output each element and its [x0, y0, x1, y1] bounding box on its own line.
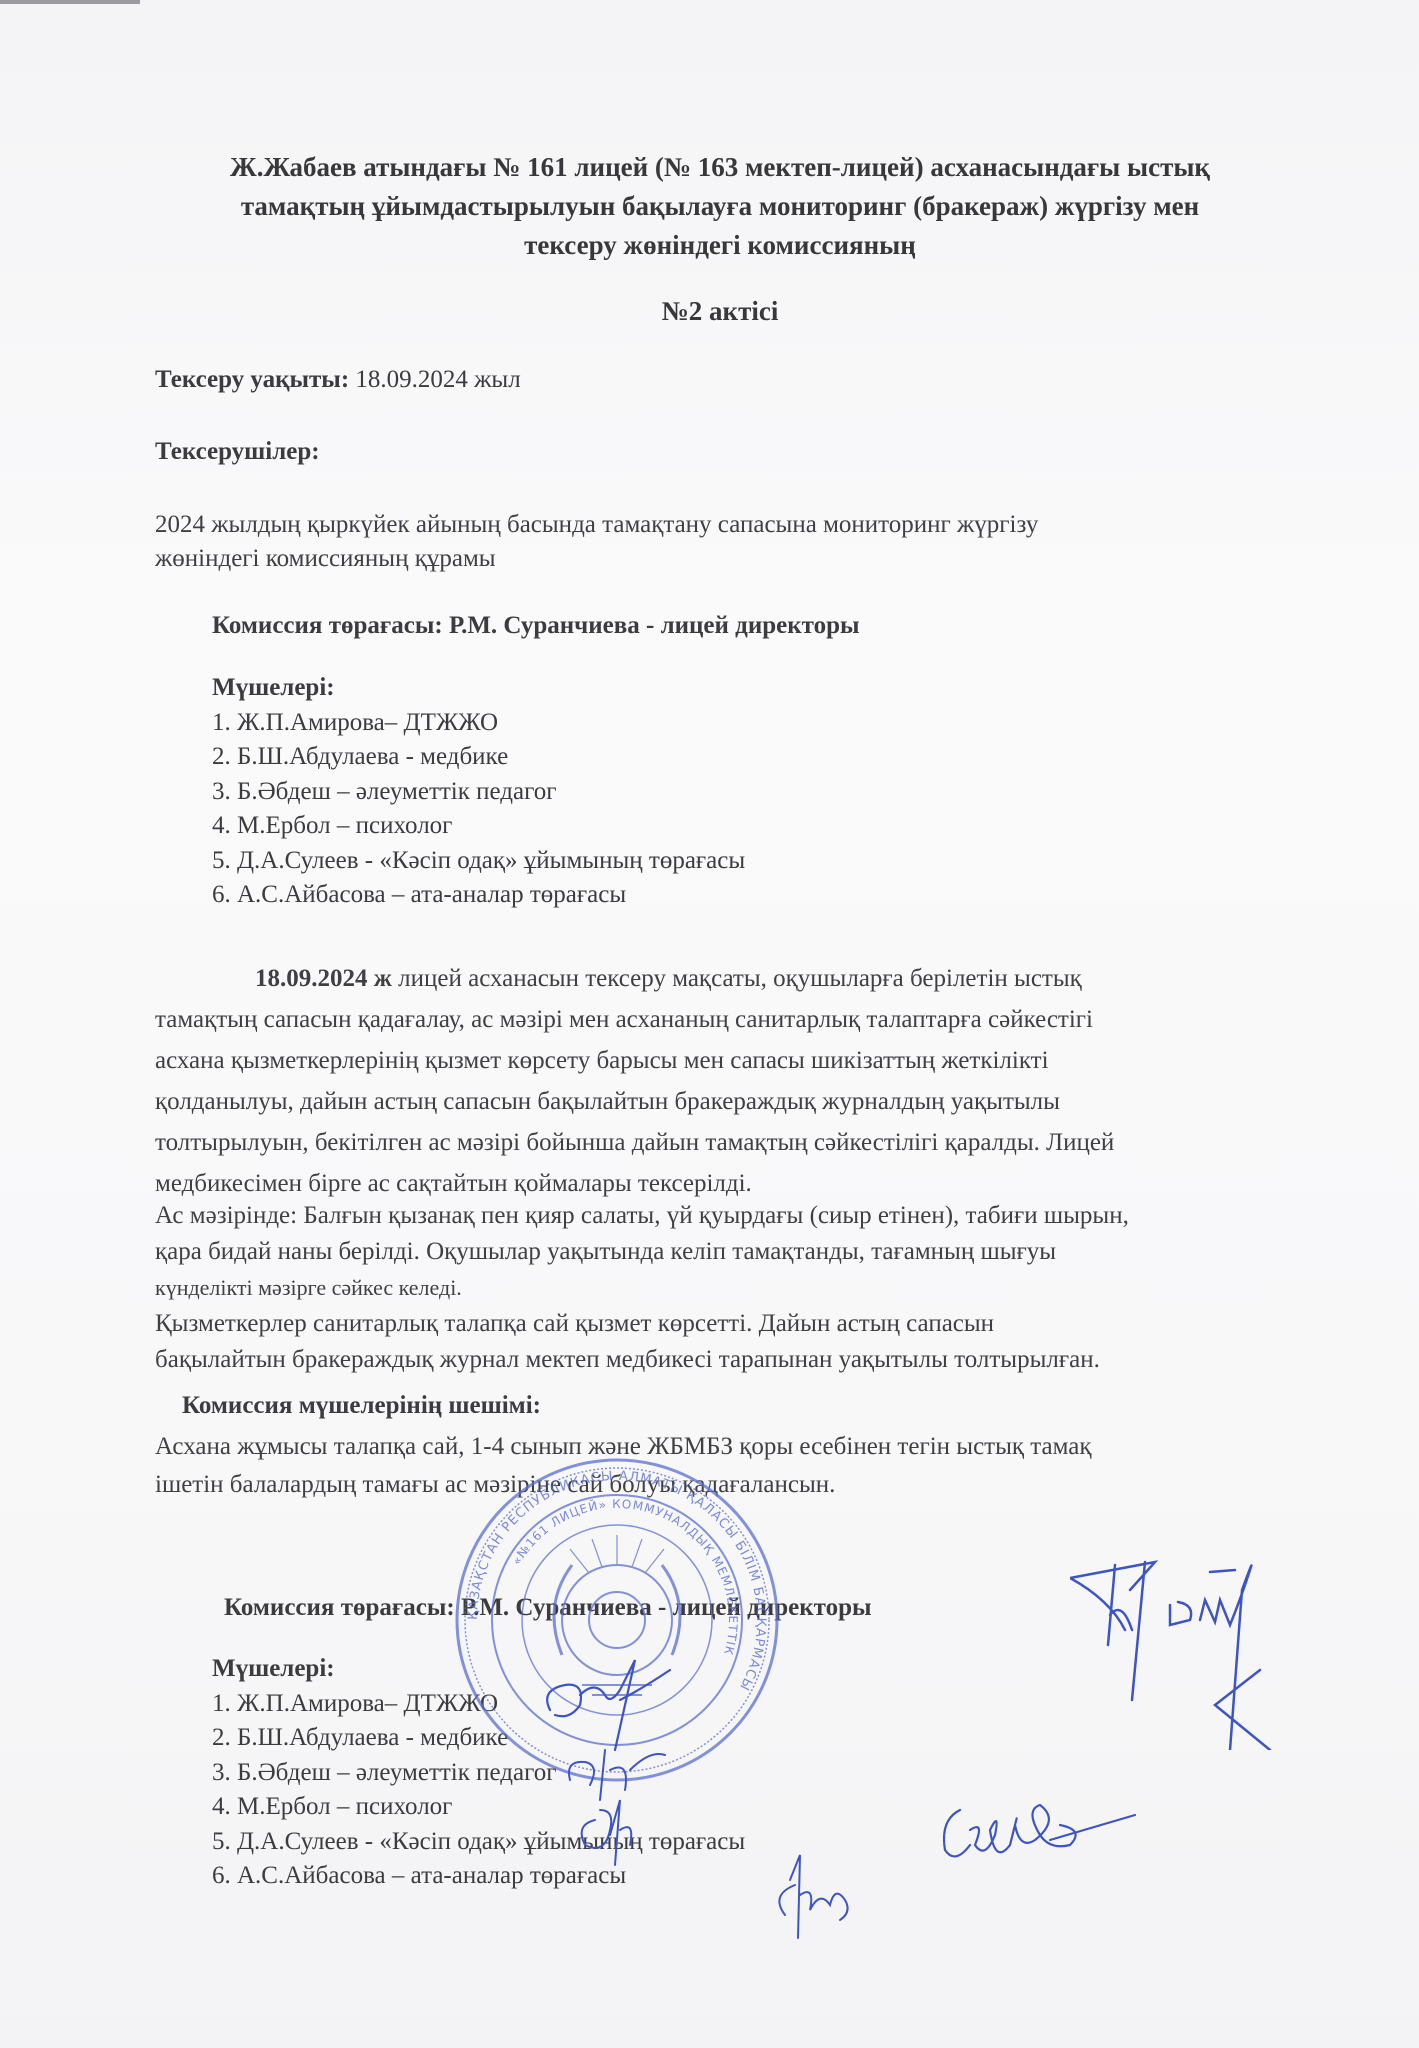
member-item: 6. А.С.Айбасова – ата-аналар төрағасы	[212, 878, 745, 913]
paragraph-line: Қызметкерлер санитарлық талапқа сай қызм…	[155, 1306, 1129, 1342]
paragraph-line: 2024 жылдың қыркүйек айының басында тама…	[155, 508, 1038, 542]
paragraph-line: күнделікті мәзірге сәйкес келеді.	[155, 1270, 1129, 1306]
title-line: Ж.Жабаев атындағы № 161 лицей (№ 163 мек…	[150, 148, 1290, 187]
members-list: Мүшелері: 1. Ж.П.Амирова– ДТЖЖО 2. Б.Ш.А…	[212, 671, 745, 913]
document-page: Ж.Жабаев атындағы № 161 лицей (№ 163 мек…	[0, 0, 1419, 2048]
members-label: Мүшелері:	[212, 671, 745, 706]
document-title: Ж.Жабаев атындағы № 161 лицей (№ 163 мек…	[150, 148, 1290, 265]
inspection-time-label: Тексеру уақыты:	[155, 366, 349, 393]
title-line: тамақтың ұйымдастырылуын бақылауға монит…	[150, 187, 1290, 226]
inspection-time-value: 18.09.2024 жыл	[355, 366, 520, 393]
paragraph-line: тамақтың сапасын қадағалау, ас мәзірі ме…	[155, 999, 1114, 1040]
paragraph-line: 18.09.2024 ж лицей асханасын тексеру мақ…	[155, 958, 1114, 999]
member-signature-icon	[940, 1790, 1140, 1875]
member-item: 3. Б.Әбдеш – әлеуметтік педагог	[212, 775, 745, 810]
paragraph-line: қолданылуы, дайын астың сапасын бақылайт…	[155, 1081, 1114, 1122]
paragraph-line: толтырылуын, бекітілген ас мәзірі бойынш…	[155, 1122, 1114, 1163]
member-item: 6. А.С.Айбасова – ата-аналар төрағасы	[212, 1859, 745, 1894]
member-signature-icon	[770, 1850, 860, 1940]
inspection-time: Тексеру уақыты: 18.09.2024 жыл	[155, 366, 521, 394]
paragraph-line: қара бидай наны берілді. Оқушылар уақыты…	[155, 1234, 1129, 1270]
composition-paragraph: 2024 жылдың қыркүйек айының басында тама…	[155, 508, 1038, 576]
member-item: 5. Д.А.Сулеев - «Кәсіп одақ» ұйымының тө…	[212, 1825, 745, 1860]
menu-paragraph: Ас мәзірінде: Балғын қызанақ пен қияр са…	[155, 1198, 1129, 1378]
member-item: 4. М.Ербол – психолог	[212, 809, 745, 844]
decision-label: Комиссия мүшелерінің шешімі:	[182, 1392, 541, 1420]
title-line: тексеру жөніндегі комиссияның	[150, 226, 1290, 265]
member-signature-icon	[575, 1790, 645, 1870]
act-number: №2 актісі	[150, 296, 1290, 327]
paragraph-line: бақылайтын бракераждық журнал мектеп мед…	[155, 1342, 1129, 1378]
commission-chair: Комиссия төрағасы: Р.М. Суранчиева - лиц…	[212, 612, 860, 640]
purpose-date: 18.09.2024 ж	[255, 965, 392, 992]
chair-signature-icon	[1070, 1560, 1310, 1750]
paragraph-line: Ас мәзірінде: Балғын қызанақ пен қияр са…	[155, 1198, 1129, 1234]
svg-text:«№161 ЛИЦЕЙ» КОММУНАЛДЫҚ МЕМЛЕ: «№161 ЛИЦЕЙ» КОММУНАЛДЫҚ МЕМЛЕКЕТТІК	[509, 1497, 740, 1657]
paragraph-line: жөніндегі комиссияның құрамы	[155, 542, 1038, 576]
scan-edge	[0, 0, 140, 4]
member-item: 5. Д.А.Сулеев - «Кәсіп одақ» ұйымының тө…	[212, 844, 745, 879]
paragraph-line: асхана қызметкерлерінің қызмет көрсету б…	[155, 1040, 1114, 1081]
member-item: 2. Б.Ш.Абдулаева - медбике	[212, 740, 745, 775]
purpose-paragraph: 18.09.2024 ж лицей асханасын тексеру мақ…	[155, 958, 1114, 1204]
inspectors-label: Тексерушілер:	[155, 438, 320, 466]
member-item: 1. Ж.П.Амирова– ДТЖЖО	[212, 706, 745, 741]
